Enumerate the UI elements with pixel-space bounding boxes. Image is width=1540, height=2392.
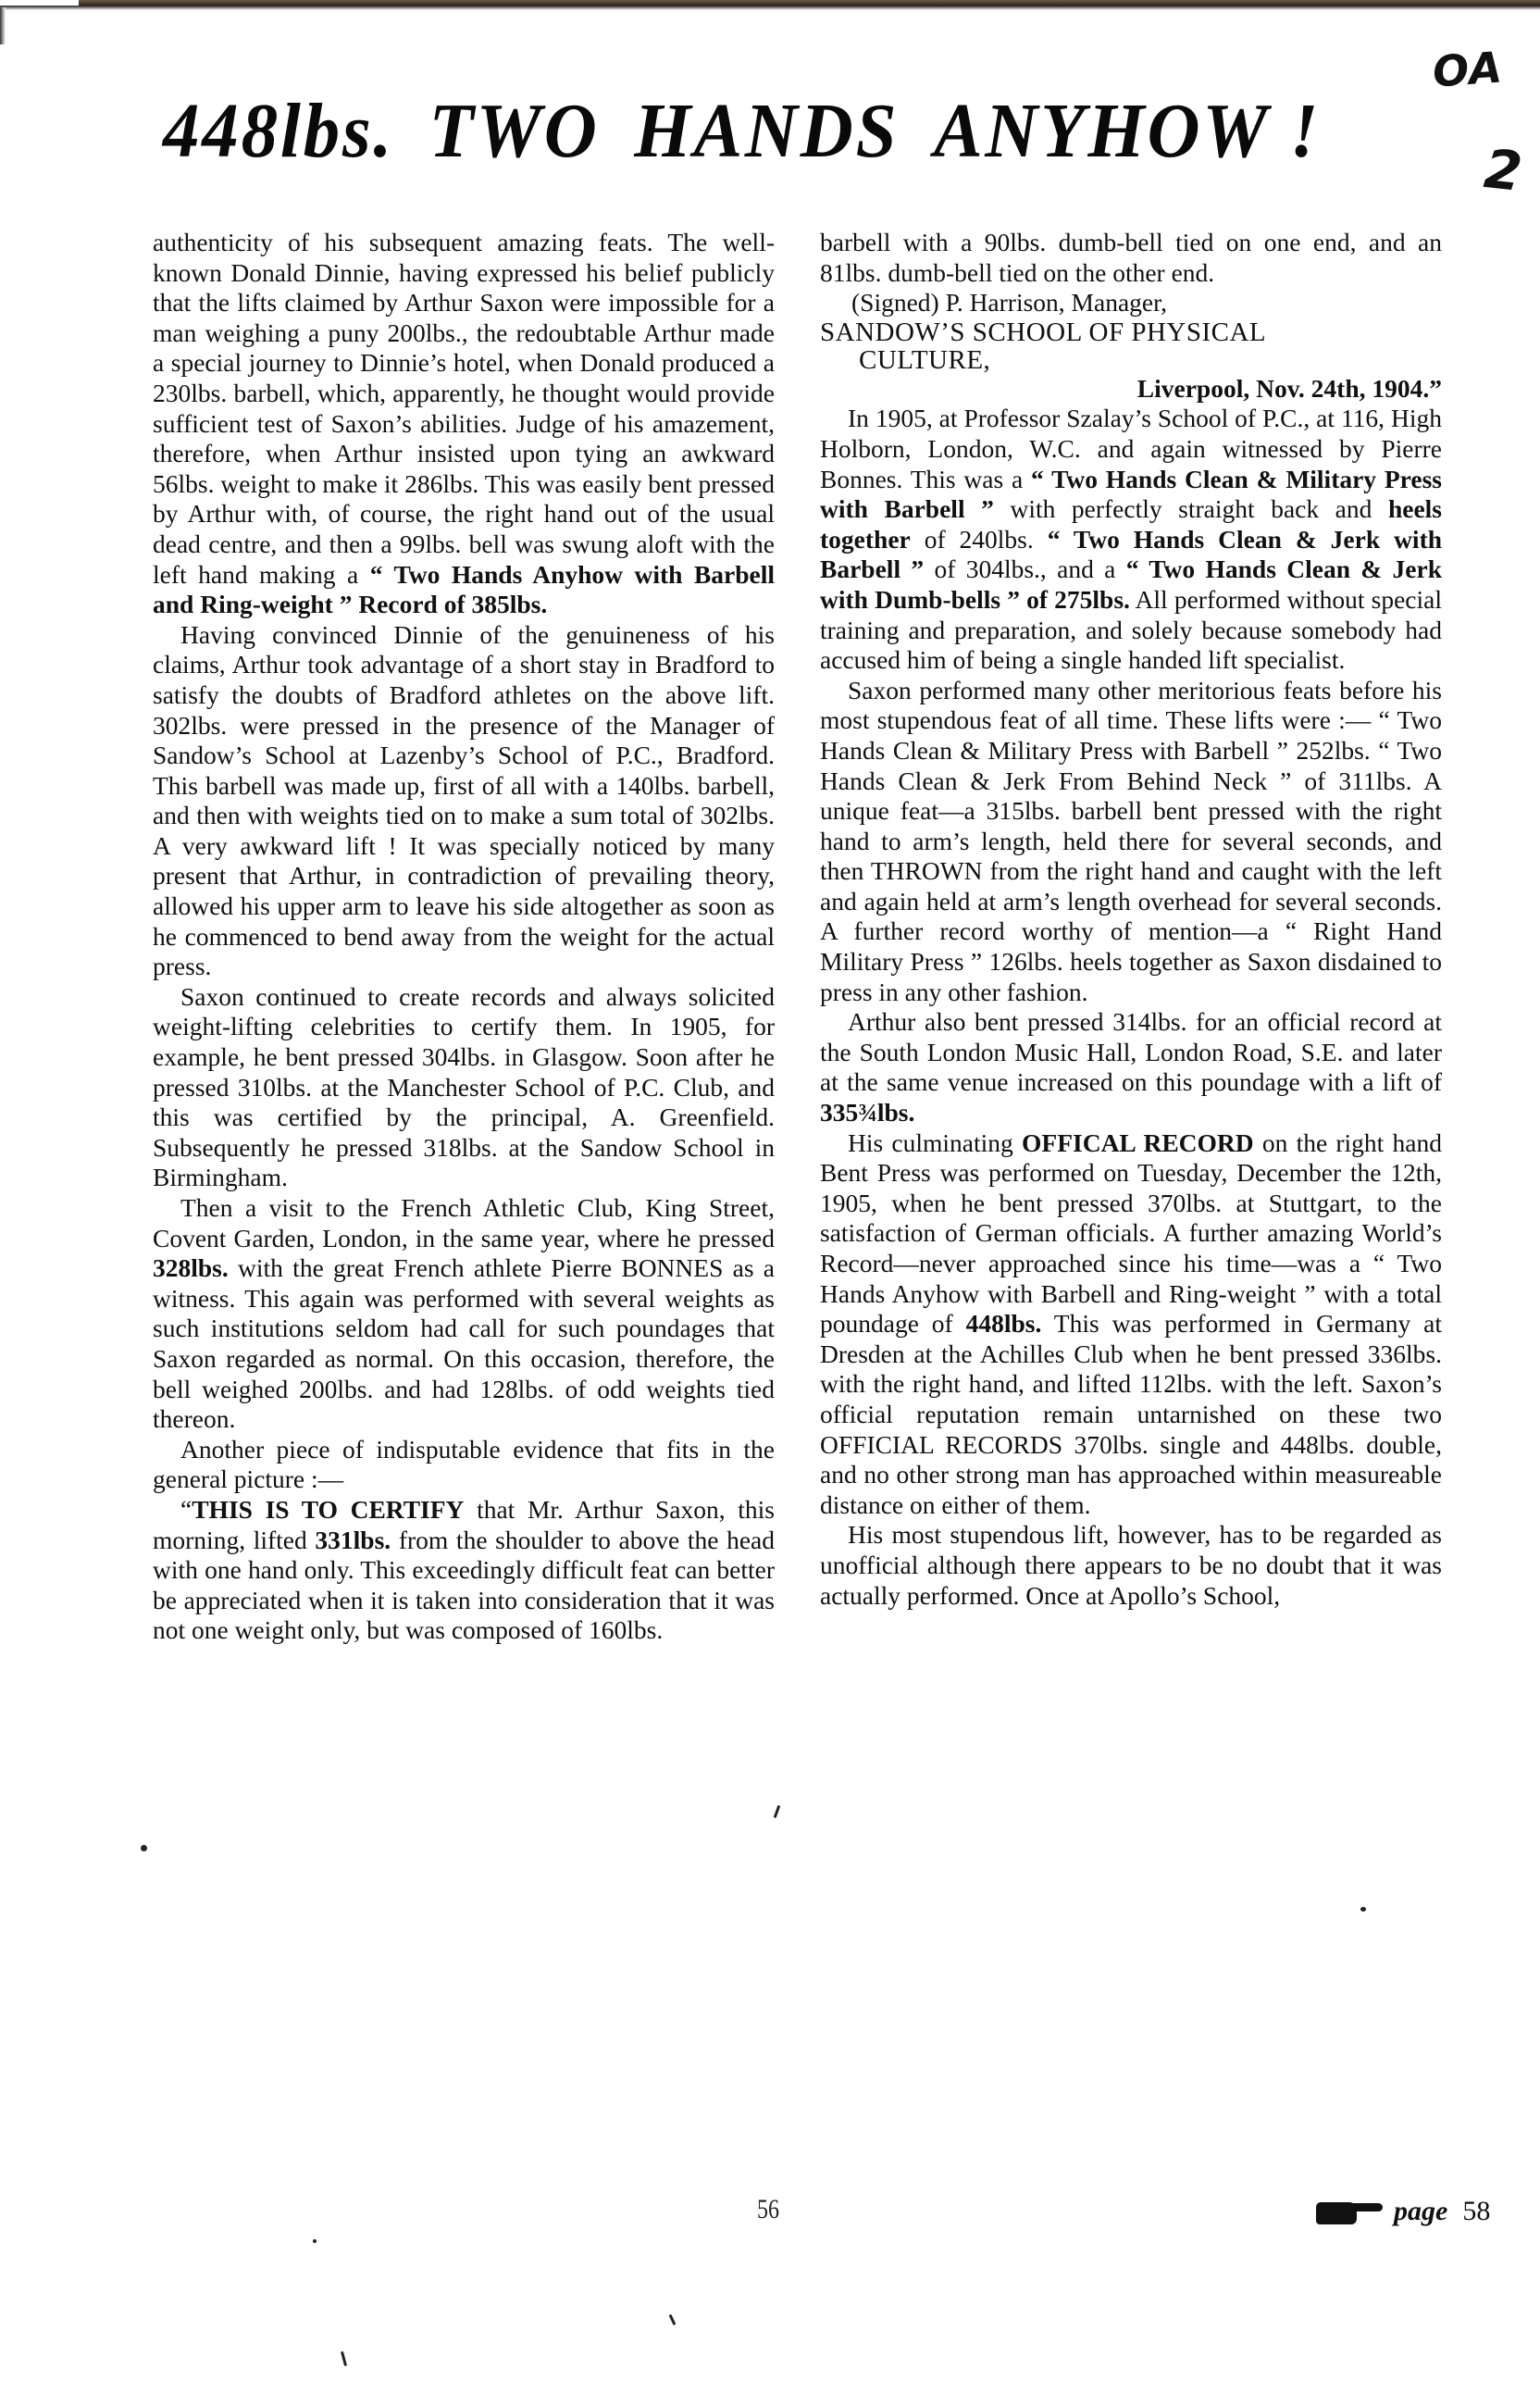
title-word-two: TWO	[429, 88, 600, 174]
paragraph: Having convinced Dinnie of the genuinene…	[153, 620, 775, 982]
scan-speck	[1360, 1907, 1366, 1912]
paragraph-text: with the great French athlete Pierre BON…	[153, 1253, 775, 1433]
paragraph-text: authenticity of his subsequent amazing f…	[153, 228, 775, 589]
title-weight: 448lbs.	[163, 88, 394, 174]
paragraph-text: His culminating	[848, 1128, 1013, 1157]
paragraph: Saxon performed many other meritorious f…	[820, 676, 1442, 1008]
paragraph: His most stupendous lift, however, has t…	[820, 1520, 1442, 1611]
paragraph-text: Arthur also bent pressed 314lbs. for an …	[820, 1007, 1442, 1096]
paragraph: authenticity of his subsequent amazing f…	[153, 228, 775, 620]
paragraph-text: with perfectly straight back and	[1010, 494, 1372, 523]
paragraph: Arthur also bent pressed 314lbs. for an …	[820, 1007, 1442, 1127]
quote-mark: “	[180, 1495, 192, 1524]
weight-highlight: 331lbs.	[315, 1526, 391, 1554]
paragraph-text: of 304lbs., and a	[934, 554, 1115, 583]
paragraph: In 1905, at Professor Szalay’s School of…	[820, 404, 1442, 675]
scan-speck	[141, 1845, 147, 1851]
weight-highlight: 448lbs.	[966, 1309, 1042, 1338]
page-number: 56	[757, 2194, 779, 2225]
pointing-hand-icon	[1316, 2199, 1383, 2224]
handwritten-note-oa: OA	[1431, 42, 1503, 96]
article-title: 448lbs.TWOHANDSANYHOW !	[163, 85, 1398, 178]
paragraph-text: on the right hand Bent Press was perform…	[820, 1128, 1442, 1339]
org-name-line2: CULTURE,	[820, 346, 1442, 374]
title-word-hands: HANDS	[634, 88, 899, 174]
scan-speck	[313, 2239, 317, 2243]
handwritten-note-2: 2	[1482, 137, 1525, 204]
signature-line: (Signed) P. Harrison, Manager,	[820, 288, 1442, 318]
right-column: barbell with a 90lbs. dumb-bell tied on …	[820, 228, 1442, 1611]
left-column: authenticity of his subsequent amazing f…	[153, 228, 775, 1646]
continued-page-number: 58	[1462, 2196, 1490, 2227]
paragraph-text: This was performed in Germany at Dresden…	[820, 1309, 1442, 1519]
signature-organization: SANDOW’S SCHOOL OF PHYSICALCULTURE,	[820, 318, 1442, 374]
weight-highlight: 335¾lbs.	[820, 1098, 914, 1127]
paragraph: barbell with a 90lbs. dumb-bell tied on …	[820, 228, 1442, 288]
paragraph: Then a visit to the French Athletic Club…	[153, 1193, 775, 1435]
paragraph: His culminating OFFICAL RECORD on the ri…	[820, 1128, 1442, 1521]
paragraph-text: Then a visit to the French Athletic Club…	[153, 1193, 775, 1252]
org-name-line1: SANDOW’S SCHOOL OF PHYSICAL	[820, 318, 1266, 347]
scan-edge-shadow	[0, 6, 1540, 10]
scan-speck	[669, 2314, 677, 2325]
paragraph-text: of 240lbs.	[925, 525, 1034, 554]
continued-on-page[interactable]: page 58	[1316, 2196, 1490, 2227]
title-word-anyhow: ANYHOW !	[934, 88, 1321, 174]
certificate-paragraph: “THIS IS TO CERTIFY that Mr. Arthur Saxo…	[153, 1495, 775, 1646]
scan-speck	[774, 1805, 781, 1818]
signature-place-date: Liverpool, Nov. 24th, 1904.”	[820, 374, 1442, 405]
scan-speck	[341, 2351, 347, 2366]
paragraph: Another piece of indisputable evidence t…	[153, 1435, 775, 1495]
record-highlight: OFFICAL RECORD	[1022, 1128, 1254, 1157]
weight-highlight: 328lbs.	[153, 1253, 229, 1282]
paragraph: Saxon continued to create records and al…	[153, 982, 775, 1193]
scan-edge-left	[0, 7, 6, 44]
certify-heading: THIS IS TO CERTIFY	[192, 1495, 464, 1524]
continued-label: page	[1394, 2196, 1447, 2227]
